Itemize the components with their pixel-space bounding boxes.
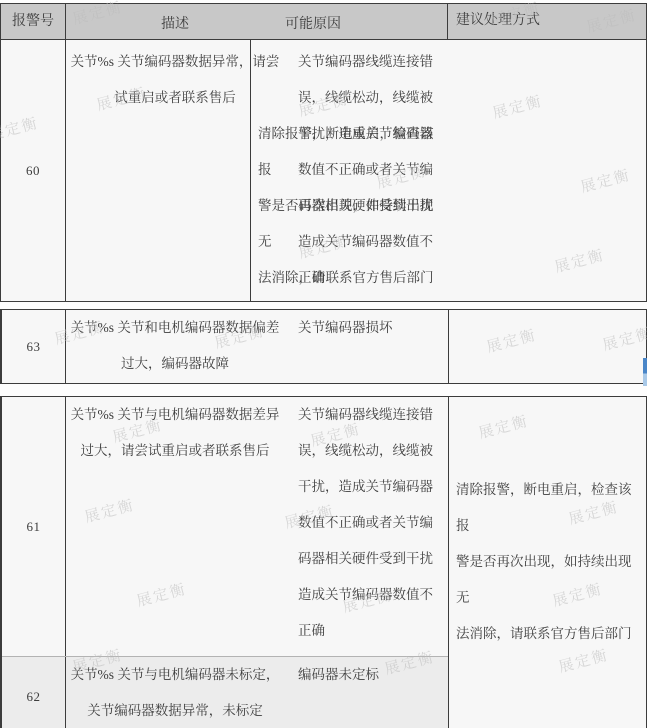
alarm-table-block-63: 63 关节%s 关节和电机编码器数据偏差 过大，编码器故障 关节编码器损坏 <box>0 309 647 384</box>
table-row-62: 62 关节%s 关节与电机编码器未标定， 关节编码器数据异常，未标定 编码器未定… <box>2 656 448 728</box>
alarm-id-61: 61 <box>2 397 66 656</box>
cause-62: 编码器未定标 <box>284 657 447 728</box>
col-header-description: 描述 <box>66 4 284 39</box>
col-header-alarm-id: 报警号 <box>1 4 66 39</box>
alarm-id-63: 63 <box>2 310 66 383</box>
cause-63: 关节编码器损坏 <box>284 310 447 383</box>
description-61: 关节%s 关节与电机编码器数据差异 过大，请尝试重启或者联系售后 <box>66 397 284 656</box>
cause-61: 关节编码器线缆连接错 误，线缆松动，线缆被 干扰，造成关节编码器 数值不正确或者… <box>284 397 447 656</box>
table-row-63: 63 关节%s 关节和电机编码器数据偏差 过大，编码器故障 关节编码器损坏 <box>2 310 448 383</box>
alarm-id-60: 60 <box>1 40 66 301</box>
alarm-table-block-60: 报警号 描述 可能原因 建议处理方式 60 关节%s 关节编码器数据异常，请尝 … <box>0 3 647 302</box>
advice-61: 清除报警，断电重启，检查该报 警是否再次出现，如持续出现无 法消除，请联系官方售… <box>448 397 646 728</box>
table-header-row: 报警号 描述 可能原因 建议处理方式 <box>1 4 646 40</box>
col-header-cause: 可能原因 <box>284 4 447 39</box>
scrollbar-thumb-fragment[interactable] <box>643 358 647 386</box>
alarm-table-block-61-62: 61 关节%s 关节与电机编码器数据差异 过大，请尝试重启或者联系售后 关节编码… <box>0 396 647 728</box>
description-63: 关节%s 关节和电机编码器数据偏差 过大，编码器故障 <box>66 310 284 383</box>
advice-60: 清除报警，断电重启，检查该报 警是否再次出现，如持续出现无 法消除，请联系官方售… <box>250 40 448 301</box>
description-62: 关节%s 关节与电机编码器未标定， 关节编码器数据异常，未标定 <box>66 657 284 728</box>
advice-63 <box>448 310 646 383</box>
table-row-60: 60 关节%s 关节编码器数据异常，请尝 试重启或者联系售后 关节编码器线缆连接… <box>1 40 448 301</box>
alarm-id-62: 62 <box>2 657 66 728</box>
col-header-advice: 建议处理方式 <box>447 4 645 39</box>
table-row-61: 61 关节%s 关节与电机编码器数据差异 过大，请尝试重启或者联系售后 关节编码… <box>2 397 448 656</box>
